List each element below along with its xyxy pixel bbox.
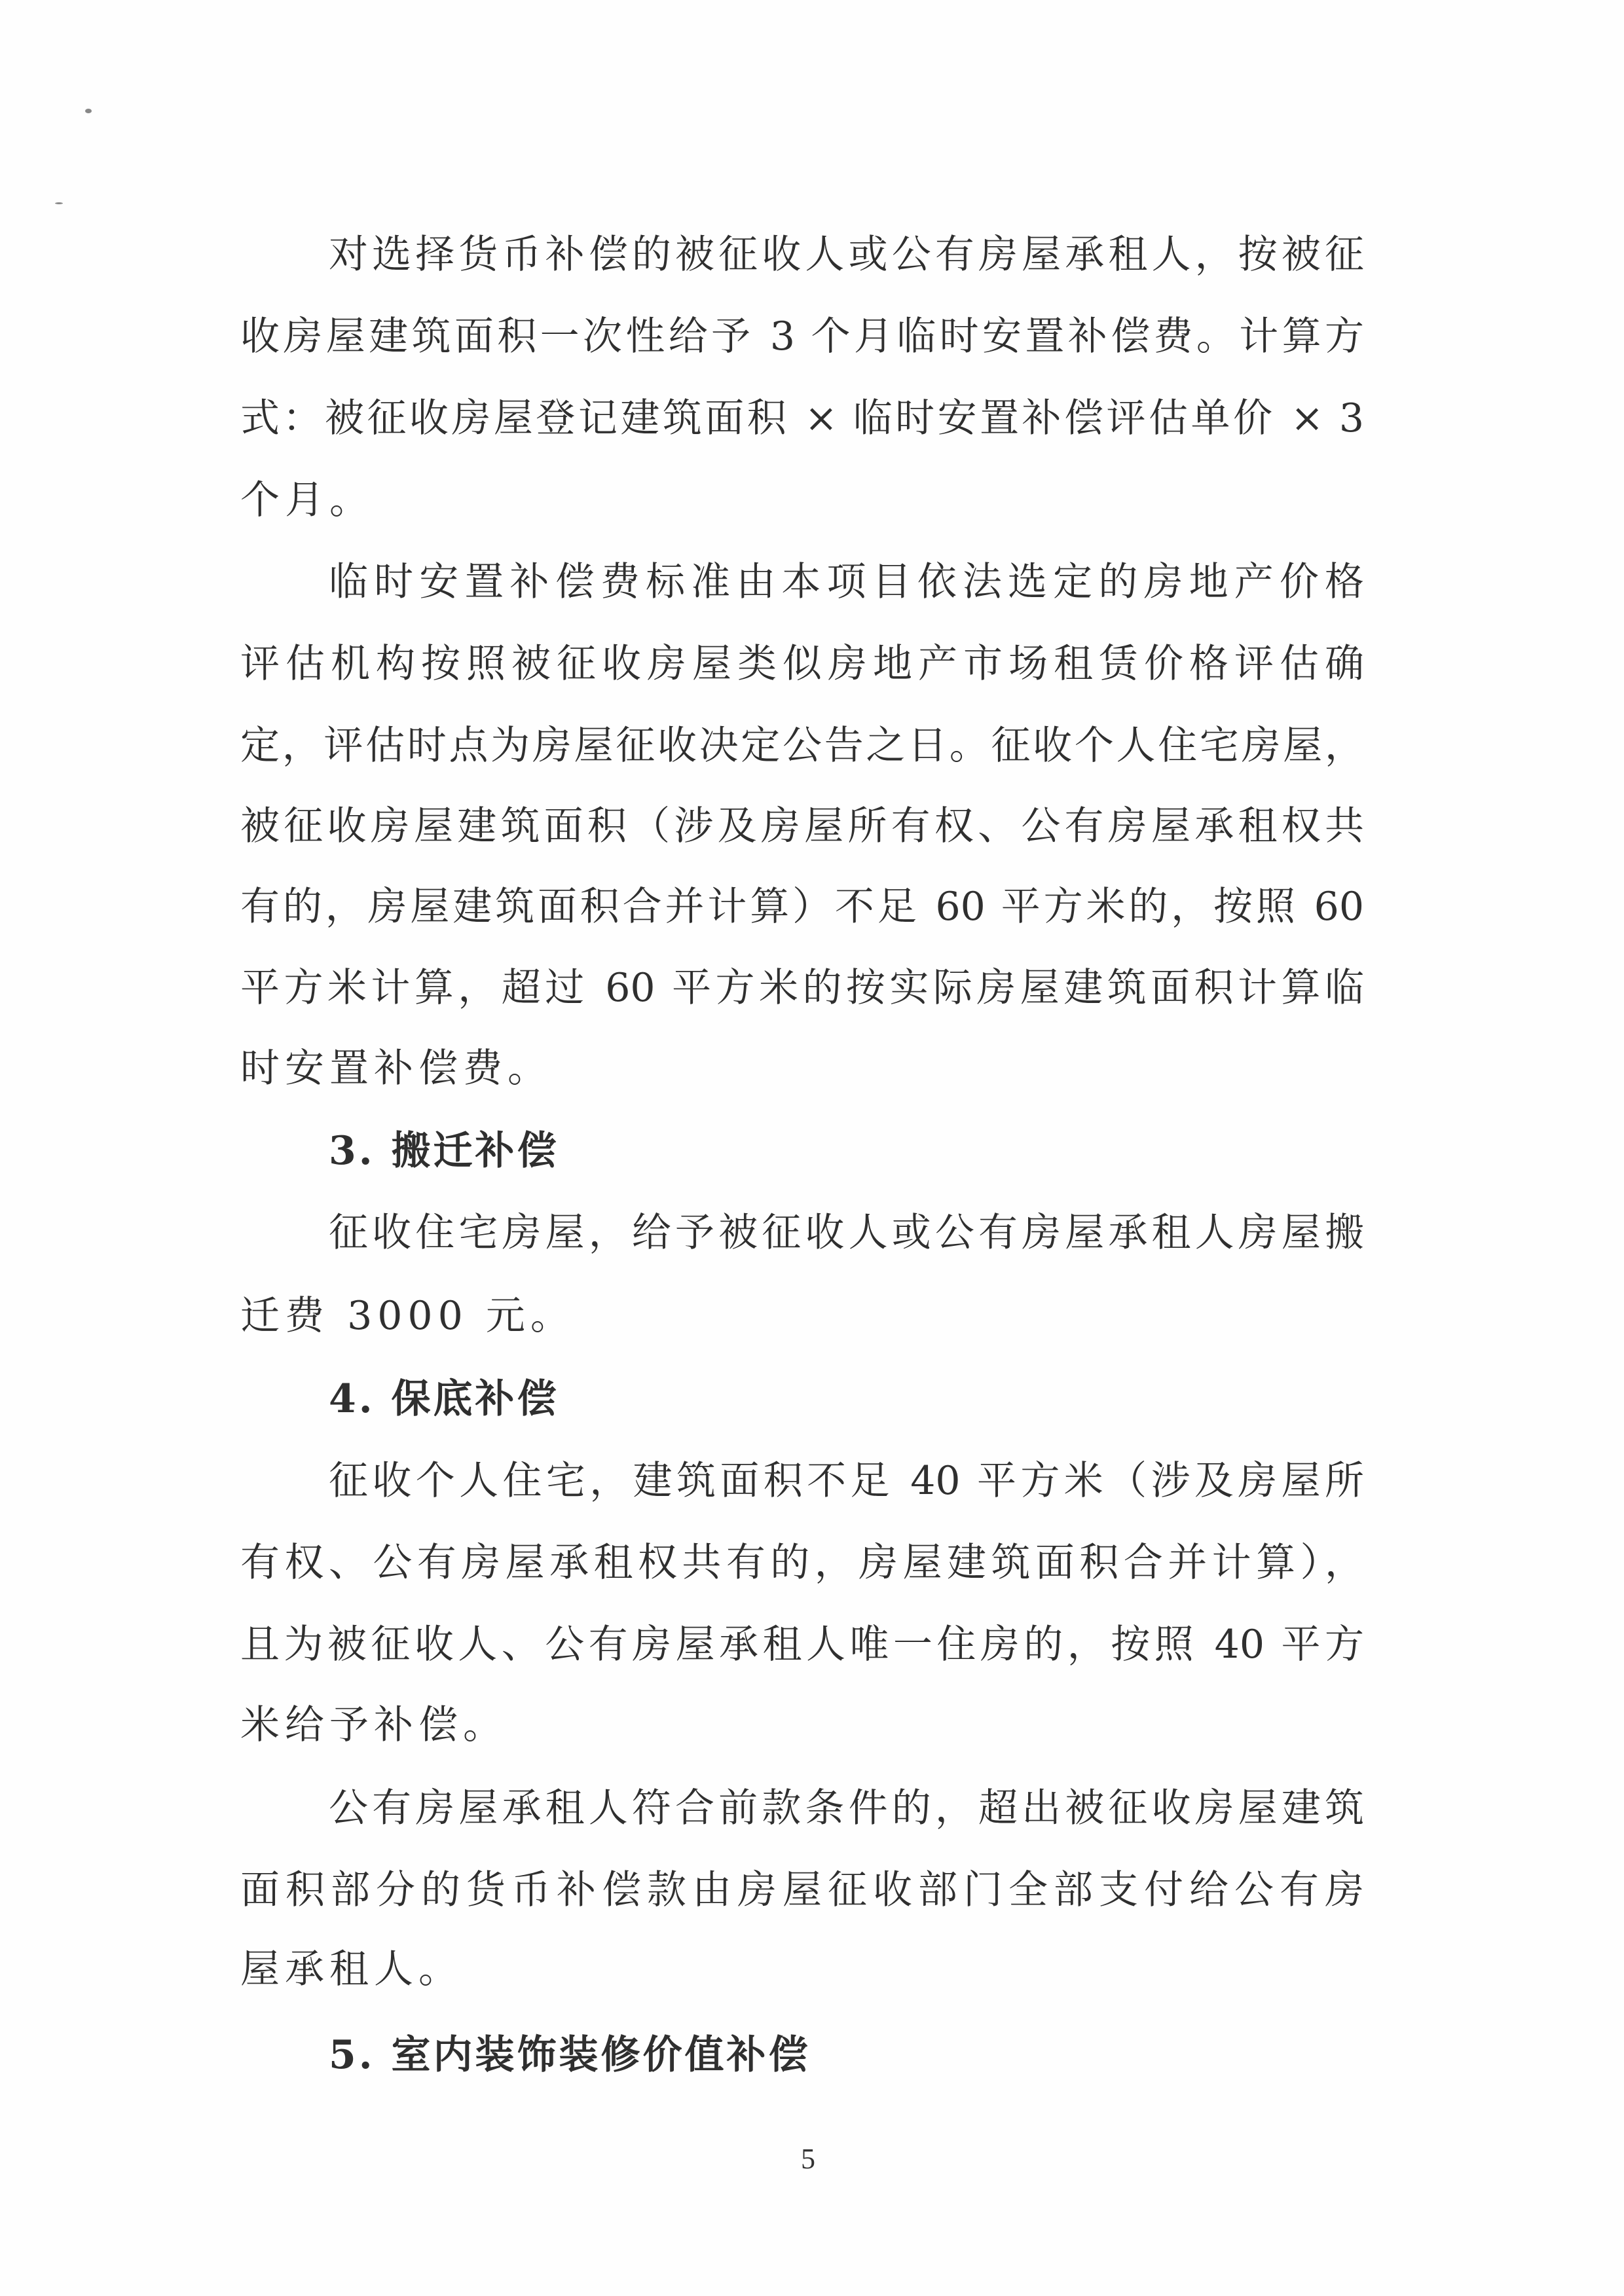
paragraph-4-line-2: 有权、公有房屋承租权共有的，房屋建筑面积合并计算）， [240, 1537, 1364, 1589]
section-heading-5: 5. 室内装饰装修价值补偿 [329, 2029, 1364, 2081]
paragraph-2-line-5: 有的，房屋建筑面积合并计算）不足 60 平方米的，按照 60 [240, 881, 1364, 933]
section-heading-3: 3. 搬迁补偿 [329, 1125, 1364, 1177]
page-number: 5 [795, 2142, 821, 2176]
paragraph-2-line-3: 定，评估时点为房屋征收决定公告之日。征收个人住宅房屋， [240, 720, 1364, 772]
paragraph-1-line-4: 个月。 [240, 474, 1364, 526]
paragraph-2-line-7: 时安置补偿费。 [240, 1042, 1364, 1095]
paragraph-2-line-2: 评估机构按照被征收房屋类似房地产市场租赁价格评估确 [240, 638, 1364, 690]
paragraph-5-line-3: 屋承租人。 [240, 1943, 1364, 1995]
paragraph-5-line-2: 面积部分的货币补偿款由房屋征收部门全部支付给公有房 [240, 1864, 1364, 1916]
paragraph-1-line-1: 对选择货币补偿的被征收人或公有房屋承租人，按被征 [329, 228, 1364, 281]
paragraph-4-line-3: 且为被征收人、公有房屋承租人唯一住房的，按照 40 平方 [240, 1618, 1364, 1671]
document-page: 对选择货币补偿的被征收人或公有房屋承租人，按被征 收房屋建筑面积一次性给予 3 … [0, 0, 1624, 2296]
paragraph-1-line-2: 收房屋建筑面积一次性给予 3 个月临时安置补偿费。计算方 [240, 310, 1364, 363]
paragraph-3-line-1: 征收住宅房屋，给予被征收人或公有房屋承租人房屋搬 [329, 1207, 1364, 1259]
scan-speck [55, 202, 63, 204]
section-heading-4: 4. 保底补偿 [329, 1373, 1364, 1425]
paragraph-5-line-1: 公有房屋承租人符合前款条件的，超出被征收房屋建筑 [329, 1782, 1364, 1834]
paragraph-3-line-2: 迁费 3000 元。 [240, 1290, 1364, 1342]
paragraph-2-line-6: 平方米计算，超过 60 平方米的按实际房屋建筑面积计算临 [240, 962, 1364, 1014]
paragraph-4-line-1: 征收个人住宅，建筑面积不足 40 平方米（涉及房屋所 [329, 1455, 1364, 1507]
paragraph-2-line-4: 被征收房屋建筑面积（涉及房屋所有权、公有房屋承租权共 [240, 800, 1364, 852]
scan-speck [85, 109, 92, 113]
paragraph-2-line-1: 临时安置补偿费标准由本项目依法选定的房地产价格 [329, 556, 1364, 608]
paragraph-1-line-3: 式：被征收房屋登记建筑面积 × 临时安置补偿评估单价 × 3 [240, 392, 1364, 445]
paragraph-4-line-4: 米给予补偿。 [240, 1699, 1364, 1751]
